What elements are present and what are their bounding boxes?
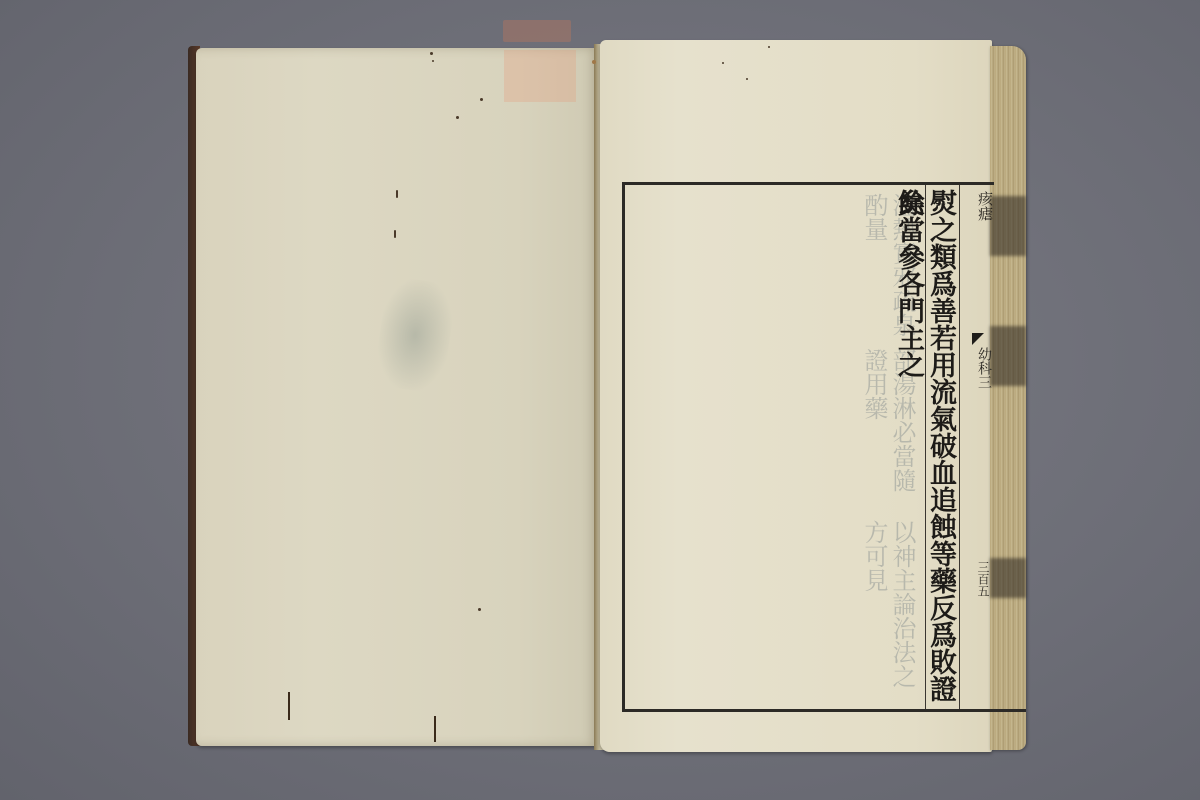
frame-bottom-rule: [622, 709, 1026, 712]
fishtail-mark-icon: [972, 333, 984, 345]
collector-seal-impression: [504, 50, 576, 102]
page-stack-edge: [990, 46, 1026, 750]
edge-ink-mark: [990, 326, 1026, 386]
edge-ink-mark: [990, 196, 1026, 256]
paper-stain: [373, 276, 458, 395]
edge-ink-mark: [990, 558, 1026, 598]
paper-speck: [768, 46, 770, 48]
paper-speck: [396, 190, 398, 198]
showthrough-text: 以神主論治法之方可見 部湯淋必當隨證用藥 溫熱實邪疏泉酌量: [631, 193, 916, 701]
column-rule: [959, 185, 960, 709]
printed-text-frame: 以神主論治法之方可見 部湯淋必當隨證用藥 溫熱實邪疏泉酌量 熨之類爲善若用流氣破…: [622, 182, 976, 712]
paper-speck: [480, 98, 483, 101]
paper-speck: [478, 608, 481, 611]
paper-speck: [456, 116, 459, 119]
paper-speck: [432, 60, 434, 62]
paper-speck: [592, 60, 596, 64]
paper-speck: [722, 62, 724, 64]
banxin-page-number: 三百五: [976, 561, 989, 597]
banxin-title: 痎瘧: [976, 191, 994, 221]
paper-speck: [394, 230, 396, 238]
paper-speck: [746, 78, 748, 80]
left-page: [196, 48, 598, 746]
ink-mark: [434, 716, 436, 742]
showthrough-column: 以神主論治法之方可見: [631, 520, 916, 701]
paper-speck: [430, 52, 433, 55]
showthrough-column: 溫熱實邪疏泉酌量: [631, 193, 916, 338]
collector-seal-top: [503, 20, 571, 42]
showthrough-column: 部湯淋必當隨證用藥: [631, 348, 916, 511]
book-photograph: 以神主論治法之方可見 部湯淋必當隨證用藥 溫熱實邪疏泉酌量 熨之類爲善若用流氣破…: [0, 0, 1200, 800]
banxin-margin: 痎瘧 幼科三 三百五: [976, 182, 994, 712]
main-text-column-2: 餘當參各門主之: [892, 189, 924, 378]
ink-mark: [288, 692, 290, 720]
banxin-volume: 幼科三: [976, 347, 992, 389]
